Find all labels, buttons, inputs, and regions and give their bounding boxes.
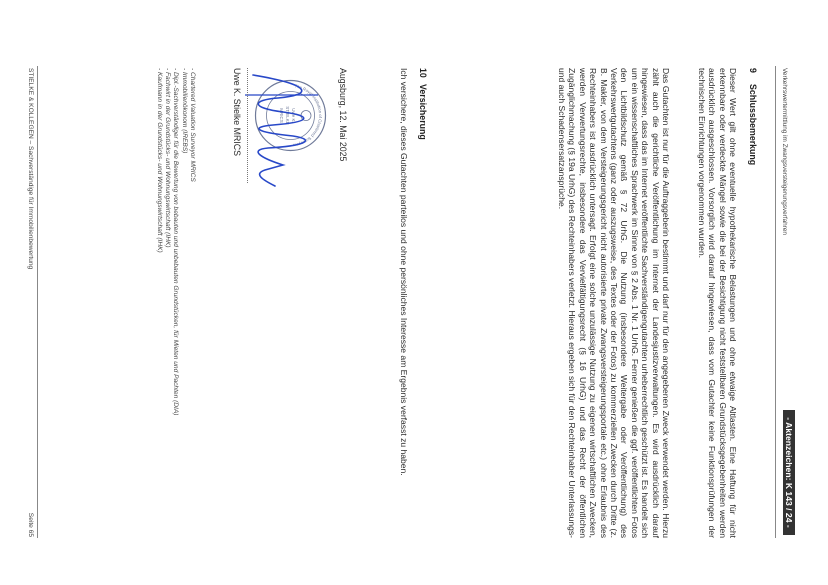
place-date: Augsburg, 12. Mai 2025 [338,68,348,161]
section-10-paragraph: Ich versichere, dieses Gutachten parteil… [399,68,409,538]
section-title: Versicherung [418,84,428,140]
signer-name: Uwe K. Stielke MRICS [232,68,242,156]
footer-company: STIELKE & KOLLEGEN – Sachverständige für… [27,68,34,269]
section-9-paragraph-1: Dieser Wert gilt ohne eventuelle hypothe… [696,68,738,538]
section-9-paragraph-2: Das Gutachten ist nur für die Auftraggeb… [557,68,671,538]
qualification-item: - Kaufmann in der Grundstücks- und Wohnu… [155,68,163,415]
qualification-item: - Immobilienökonom (IREBS) [179,68,187,415]
section-number: 9 [748,68,758,84]
section-9-heading: 9Schlussbemerkung [748,68,758,165]
signature-icon [243,70,323,190]
qualification-item: - Dipl.-Sachverständiger für die Bewertu… [171,68,179,415]
qualifications-list: - Chartered Valuation Surveyor MRICS - I… [155,68,196,415]
section-title: Schlussbemerkung [748,84,758,165]
aktenzeichen-badge: - Aktenzeichen: K 143 / 24 - [783,410,795,535]
header-title: Verkehrswertermittlung im Zwangsversteig… [781,68,788,235]
page-number: Seite 65 [27,513,34,537]
qualification-item: - Chartered Valuation Surveyor MRICS [188,68,196,415]
section-number: 10 [418,68,428,84]
footer-rule [37,66,38,538]
header-rule [775,66,776,538]
qualification-item: - Fachwirt in der Grundstücks- und Wohnu… [163,68,171,415]
document-page: Verkehrswertermittlung im Zwangsversteig… [0,0,828,585]
signature-line [247,68,248,183]
section-10-heading: 10Versicherung [418,68,428,140]
